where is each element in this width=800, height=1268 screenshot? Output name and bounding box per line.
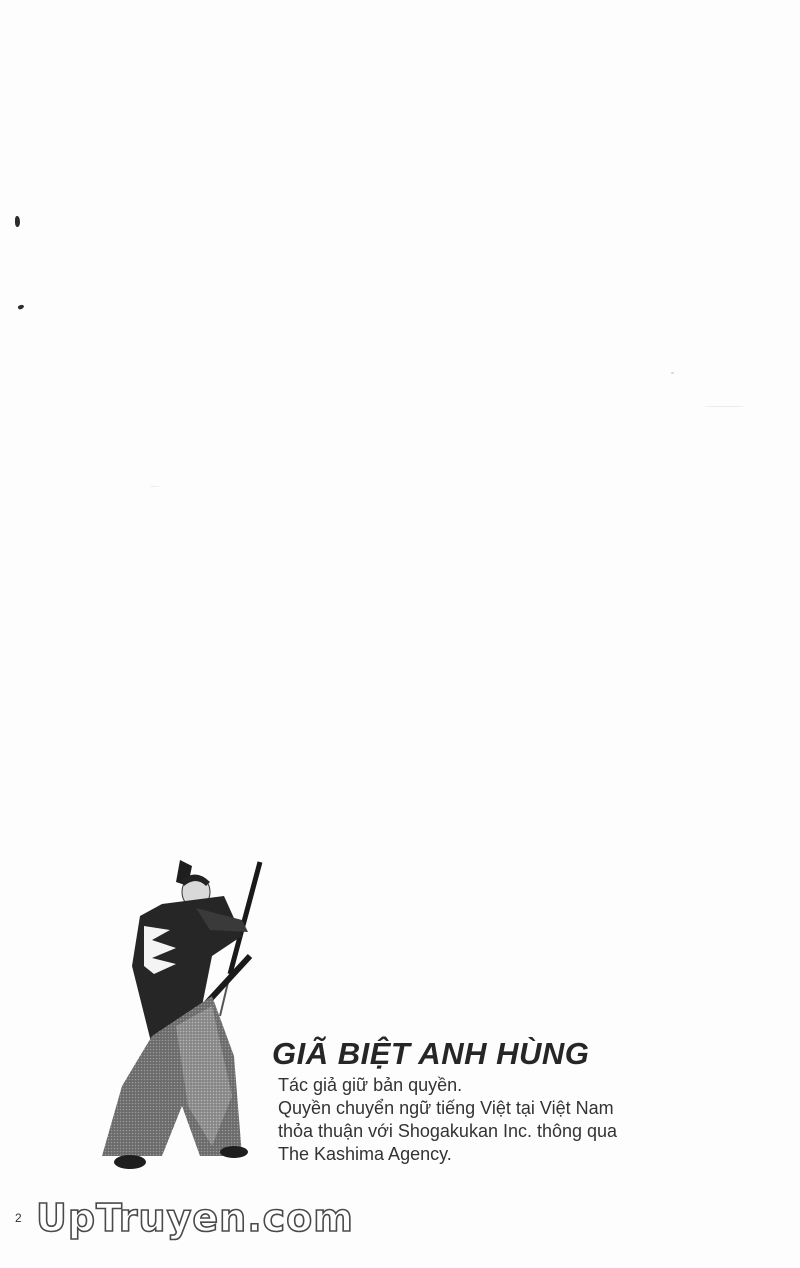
book-title: GIÃ BIỆT ANH HÙNG (272, 1036, 617, 1072)
samurai-illustration (92, 856, 272, 1176)
title-block: GIÃ BIỆT ANH HÙNG Tác giả giữ bản quyền.… (272, 1036, 617, 1166)
scan-speck (150, 486, 160, 487)
copyright-line: Quyền chuyển ngữ tiếng Việt tại Việt Nam (278, 1097, 617, 1120)
scan-speck (15, 216, 20, 227)
site-watermark: UpTruyen.com (36, 1196, 354, 1240)
copyright-line: Tác giả giữ bản quyền. (278, 1074, 617, 1097)
scan-speck (671, 372, 674, 374)
copyright-notice: Tác giả giữ bản quyền. Quyền chuyển ngữ … (278, 1074, 617, 1166)
scan-speck (17, 304, 24, 310)
samurai-figure-icon (92, 856, 272, 1176)
copyright-line: thỏa thuận với Shogakukan Inc. thông qua (278, 1120, 617, 1143)
page-number: 2 (15, 1211, 22, 1225)
copyright-line: The Kashima Agency. (278, 1143, 617, 1166)
scan-speck (705, 406, 745, 407)
